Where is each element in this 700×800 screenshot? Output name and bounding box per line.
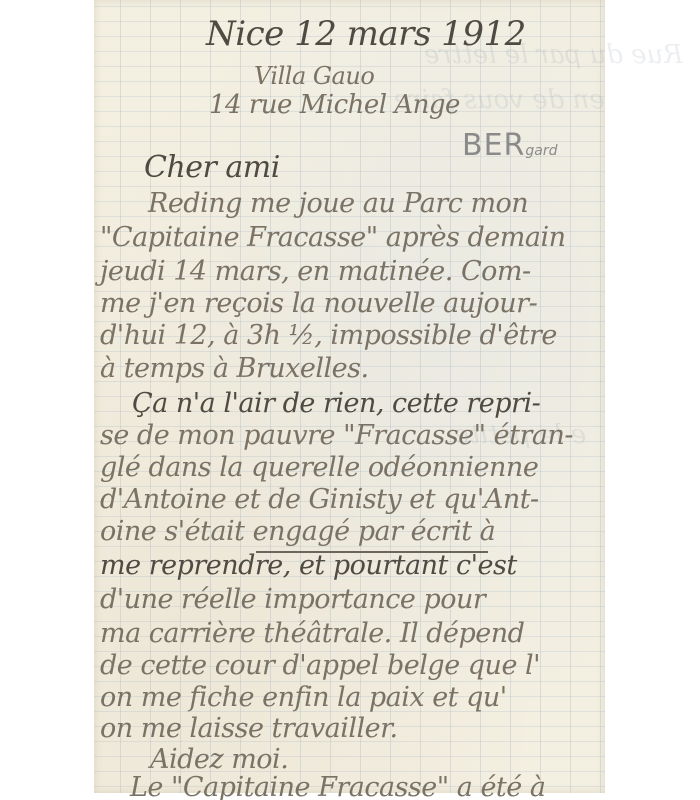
archive-mark-suffix: gard bbox=[525, 143, 557, 159]
body-line: "Capitaine Fracasse" après demain bbox=[100, 222, 565, 253]
body-line-text: oine s'était engagé par écrit à bbox=[100, 516, 495, 547]
body-line: me j'en reçois la nouvelle aujour- bbox=[100, 288, 537, 319]
place-date: Nice 12 mars 1912 bbox=[206, 14, 526, 54]
body-line: Le "Capitaine Fracasse" a été à bbox=[130, 772, 545, 800]
body-line: me reprendre, et pourtant c'est bbox=[100, 550, 517, 581]
body-line: se de mon pauvre "Fracasse" étran- bbox=[100, 420, 573, 451]
address-line-1: Villa Gauo bbox=[254, 62, 374, 90]
body-line: on me laisse travailler. bbox=[100, 713, 398, 744]
body-line: glé dans la querelle odéonnienne bbox=[100, 452, 538, 483]
body-line: Ça n'a l'air de rien, cette repri- bbox=[132, 388, 540, 419]
body-line: d'Antoine et de Ginisty et qu'Ant- bbox=[100, 484, 539, 515]
address-line-2: 14 rue Michel Ange bbox=[209, 90, 460, 120]
letter-page: Rue du par le lettre en de vous faire e … bbox=[94, 0, 605, 793]
body-line: d'une réelle importance pour bbox=[100, 584, 485, 615]
body-line: ma carrière théâtrale. Il dépend bbox=[100, 618, 524, 649]
body-line: Aidez moi. bbox=[150, 744, 288, 775]
archive-mark-code: BER bbox=[462, 128, 525, 163]
body-line: on me fiche enfin la paix et qu' bbox=[100, 682, 507, 713]
body-line: à temps à Bruxelles. bbox=[100, 353, 369, 384]
body-line: de cette cour d'appel belge que l' bbox=[100, 650, 540, 681]
salutation: Cher ami bbox=[144, 150, 280, 185]
body-line: Reding me joue au Parc mon bbox=[148, 188, 528, 219]
body-line: jeudi 14 mars, en matinée. Com- bbox=[100, 256, 531, 287]
body-line-underlined: oine s'était engagé par écrit à bbox=[100, 516, 495, 547]
body-line: d'hui 12, à 3h ½, impossible d'être bbox=[100, 320, 557, 351]
archive-mark: BERgard bbox=[462, 128, 558, 163]
